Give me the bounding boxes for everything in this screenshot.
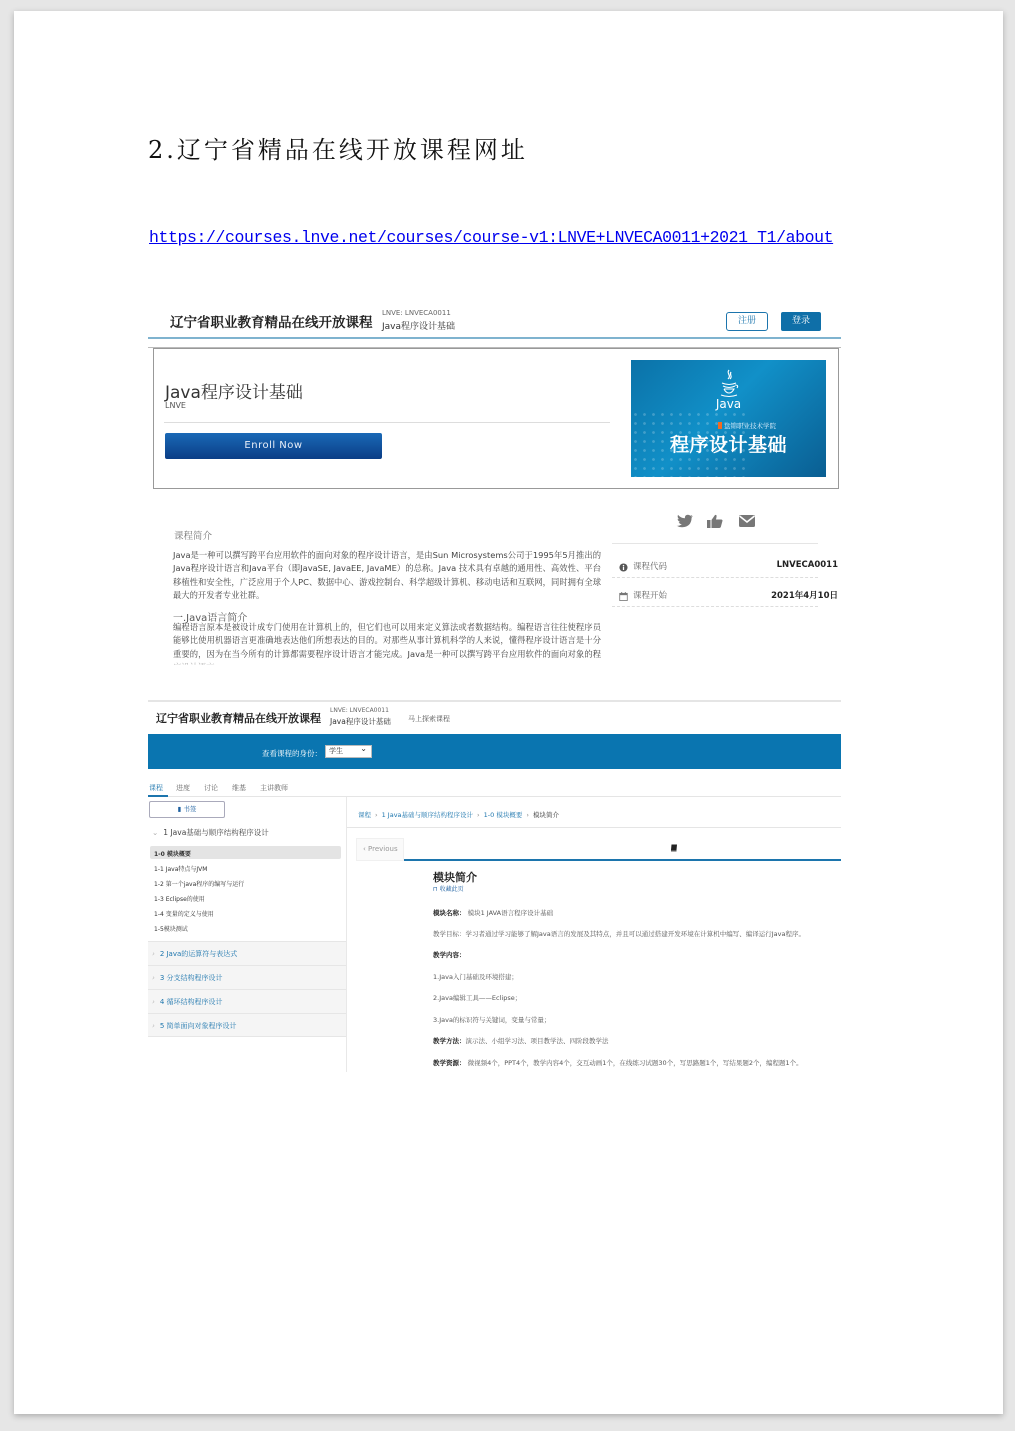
login-button[interactable]: 登录 [781,312,821,331]
course-code-line: LNVE: LNVECA0011 [382,309,451,317]
bookmarks-button[interactable]: ▮ 书签 [149,801,225,818]
role-label: 查看课程的身份： [262,748,322,759]
course-start-value: 2021年4月10日 [771,589,838,601]
unit-line-item-3: 3.Java的标识符与关键词，变量与常量； [433,1015,550,1024]
active-tab-indicator [148,795,168,797]
unit-line-module-name: 模块名称： 模块1 JAVA语言程序设计基础 [433,908,553,917]
tab-progress[interactable]: 进度 [176,783,190,793]
course-start-label: 课程开始 [633,589,667,601]
chevron-right-icon: › [152,1022,155,1030]
unit-line-resources: 教学资源： 微视频4个，PPT4个，教学内容4个，交互动画1个，在线练习试题30… [433,1058,803,1067]
tab-discussion[interactable]: 讨论 [204,783,218,793]
chapter-3-label: 3 分支结构程序设计 [160,974,223,982]
tabs-divider [148,796,841,797]
chapter-list-end [148,1036,346,1037]
breadcrumb-subsection[interactable]: 1-0 模块概要 [484,811,523,819]
course-code-label: 课程代码 [633,560,667,572]
java-cup-icon [718,368,740,398]
course-name-small: Java程序设计基础 [330,716,391,727]
chapter-5-label: 5 简单面向对象程序设计 [160,1022,237,1030]
unit-line-objective: 教学目标：学习者通过学习能够了解Java语言的发展及其特点，并且可以通过搭建开发… [433,929,805,938]
breadcrumb-current: 模块简介 [533,811,559,819]
intro-paragraph: Java是一种可以撰写跨平台应用软件的面向对象的程序设计语言，是由Sun Mic… [173,549,601,603]
cover-java-label: Java [631,397,826,411]
subsection-1-5[interactable]: 1-5模块测试 [154,924,188,933]
book-icon[interactable] [670,844,678,852]
site-brand[interactable]: 辽宁省职业教育精品在线开放课程 [170,311,373,331]
unit-line-methods: 教学方法：演示法、小组学习法、项目教学法、四阶段教学法 [433,1036,609,1045]
course-name-small: Java程序设计基础 [382,319,455,332]
bookmark-outline-icon: ⊓ [433,886,440,893]
header-divider [148,337,841,339]
previous-label: Previous [368,845,398,853]
course-cover-image: Java 盘锦职业技术学院 程序设计基础 [631,360,826,477]
tab-course[interactable]: 课程 [149,783,163,793]
unit-line-content-heading: 教学内容： [433,950,466,959]
calendar-icon [619,592,628,601]
envelope-icon[interactable] [738,514,756,528]
tab-instructors[interactable]: 主讲教师 [260,783,288,793]
bookmarks-label: 书签 [183,805,196,813]
cover-title: 程序设计基础 [631,430,826,457]
chapter-4-label: 4 循环结构程序设计 [160,998,223,1006]
subsection-1-0[interactable]: 1-0 模块概要 [154,849,191,858]
breadcrumb: 课程›1 Java基础与顺序结构程序设计›1-0 模块概要›模块简介 [358,810,559,819]
register-button[interactable]: 注册 [726,312,768,331]
chapter-3[interactable]: ›3 分支结构程序设计 [148,965,346,989]
nav-column-divider [346,797,347,1072]
breadcrumb-course[interactable]: 课程 [358,811,371,819]
chapter-4[interactable]: ›4 循环结构程序设计 [148,989,346,1013]
chevron-down-icon: ⌄ [152,828,158,837]
previous-button[interactable]: ‹ Previous [356,838,404,861]
intro-heading: 课程简介 [174,528,212,542]
breadcrumb-divider [347,827,841,828]
chevron-right-icon: › [152,950,155,958]
unit-title: 模块简介 [433,869,477,885]
subsection-1-1[interactable]: 1-1 Java特点与JVM [154,864,207,873]
bookmark-page-button[interactable]: ⊓ 收藏此页 [433,884,464,893]
breadcrumb-chapter[interactable]: 1 Java基础与顺序结构程序设计 [382,811,473,819]
intro-fade [173,658,603,668]
cover-school: 盘锦职业技术学院 [718,421,776,430]
sidebar-divider-dashed [612,606,818,607]
course-title: Java程序设计基础 [165,378,303,403]
chapter-2-label: 2 Java的运算符与表达式 [160,950,237,958]
hero-divider [164,422,610,423]
unit-line-item-1: 1.Java入门基础及环境搭建； [433,972,518,981]
chapter-1-label: 1 Java基础与顺序结构程序设计 [163,828,269,837]
subsection-1-3[interactable]: 1-3 Eclipse的使用 [154,894,205,903]
chapter-5[interactable]: ›5 简单面向对象程序设计 [148,1013,346,1037]
enroll-now-button[interactable]: Enroll Now [165,433,382,459]
site-brand[interactable]: 辽宁省职业教育精品在线开放课程 [156,710,321,726]
subsection-1-2[interactable]: 1-2 第一个java程序的编写与运行 [154,879,244,888]
course-code-value: LNVECA0011 [777,560,838,570]
chapter-1-title[interactable]: ⌄1 Java基础与顺序结构程序设计 [152,827,269,838]
course-url-link[interactable]: https://courses.lnve.net/courses/course-… [149,228,833,247]
chevron-right-icon: › [152,998,155,1006]
subsection-1-4[interactable]: 1-4 变量的定义与使用 [154,909,214,918]
sidebar-divider [612,543,818,544]
twitter-icon[interactable] [676,514,694,528]
course-code-line: LNVE: LNVECA0011 [330,707,389,714]
info-icon [619,563,628,572]
tab-wiki[interactable]: 维基 [232,783,246,793]
sequence-nav-bar [404,838,841,861]
explore-course-link[interactable]: 马上探索课程 [408,714,450,724]
screenshot-top-border [148,700,841,702]
unit-line-item-2: 2.Java编辑工具——Eclipse； [433,993,521,1002]
chevron-right-icon: › [152,974,155,982]
role-bar [148,734,841,769]
sidebar-divider-dashed [612,577,818,578]
bookmark-page-label: 收藏此页 [440,886,464,893]
chapter-2[interactable]: ›2 Java的运算符与表达式 [148,941,346,965]
course-org: LNVE [165,401,186,410]
role-select[interactable]: 学生 [325,745,372,758]
thumbs-up-icon[interactable] [706,514,724,528]
document-heading: 2.辽宁省精品在线开放课程网址 [148,130,528,165]
